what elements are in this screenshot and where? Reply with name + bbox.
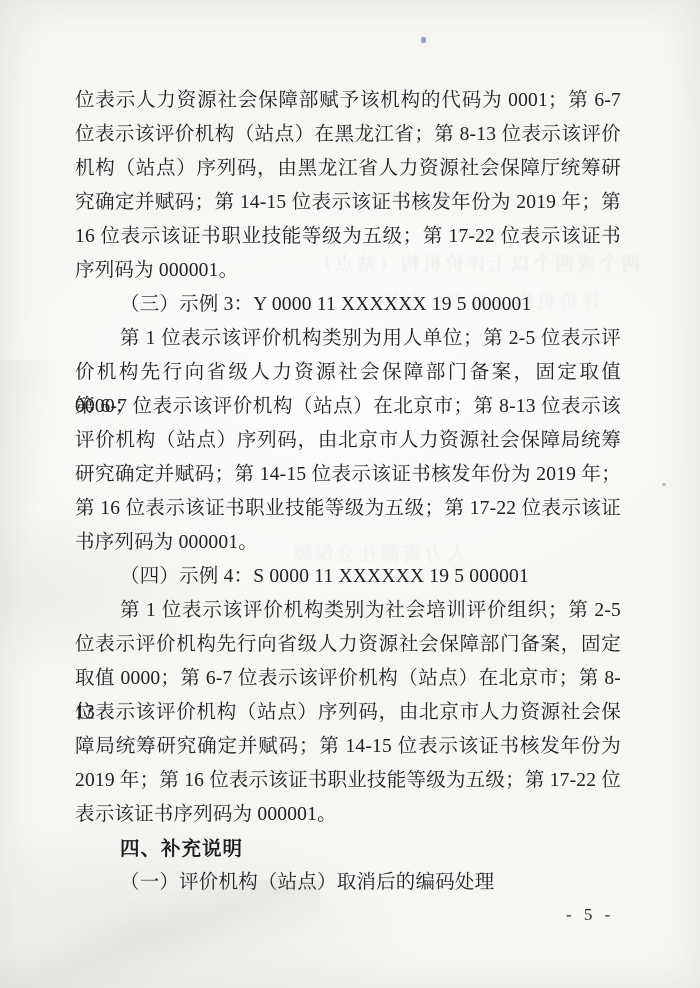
body-line: 序列码为 000001。 [75, 254, 621, 288]
body-line: 位表示该评价机构（站点）在黑龙江省；第 8-13 位表示该评价 [75, 118, 621, 152]
body-line: 研究确定并赋码；第 14-15 位表示该证书核发年份为 2019 年； [75, 458, 621, 492]
body-line: 取值 0000；第 6-7 位表示该评价机构（站点）在北京市；第 8-13 [75, 662, 621, 696]
body-line: 表示该证书序列码为 000001。 [75, 798, 621, 832]
body-line: 第 1 位表示该评价机构类别为用人单位；第 2-5 位表示评 [75, 322, 621, 356]
scanned-document-page: 两个或两个以上评价机构（站点） 评价机构（站点）合并 人力资源社会保障 位表示人… [0, 0, 700, 988]
body-line: 书序列码为 000001。 [75, 526, 621, 560]
example-line-3: （三）示例 3：Y 0000 11 XXXXXX 19 5 000001 [75, 288, 621, 322]
paper-crease [0, 360, 80, 700]
ink-speck [421, 37, 426, 43]
body-line: 位表示该评价机构（站点）序列码，由北京市人力资源社会保 [75, 696, 621, 730]
body-line: 评价机构（站点）序列码，由北京市人力资源社会保障局统筹 [75, 424, 621, 458]
body-line: 第 16 位表示该证书职业技能等级为五级；第 17-22 位表示该证 [75, 492, 621, 526]
body-line: 究确定并赋码；第 14-15 位表示该证书核发年份为 2019 年；第 [75, 186, 621, 220]
example-line-4: （四）示例 4：S 0000 11 XXXXXX 19 5 000001 [75, 560, 621, 594]
body-line: 机构（站点）序列码，由黑龙江省人力资源社会保障厅统筹研 [75, 152, 621, 186]
body-line: 位表示评价机构先行向省级人力资源社会保障部门备案，固定 [75, 628, 621, 662]
section-heading: 四、补充说明 [75, 832, 621, 866]
page-number: - 5 - [566, 905, 614, 925]
scan-speck [662, 483, 666, 486]
subsection-heading: （一）评价机构（站点）取消后的编码处理 [75, 866, 621, 900]
body-line: 位表示人力资源社会保障部赋予该机构的代码为 0001；第 6-7 [75, 84, 621, 118]
body-line: 2019 年；第 16 位表示该证书职业技能等级为五级；第 17-22 位 [75, 764, 621, 798]
body-line: 16 位表示该证书职业技能等级为五级；第 17-22 位表示该证书 [75, 220, 621, 254]
body-line: 价机构先行向省级人力资源社会保障部门备案，固定取值 0000； [75, 356, 621, 390]
body-line: 障局统筹研究确定并赋码；第 14-15 位表示该证书核发年份为 [75, 730, 621, 764]
body-line: 第 6-7 位表示该评价机构（站点）在北京市；第 8-13 位表示该 [75, 390, 621, 424]
document-body: 位表示人力资源社会保障部赋予该机构的代码为 0001；第 6-7 位表示该评价机… [75, 84, 621, 900]
body-line: 第 1 位表示该评价机构类别为社会培训评价组织；第 2-5 [75, 594, 621, 628]
